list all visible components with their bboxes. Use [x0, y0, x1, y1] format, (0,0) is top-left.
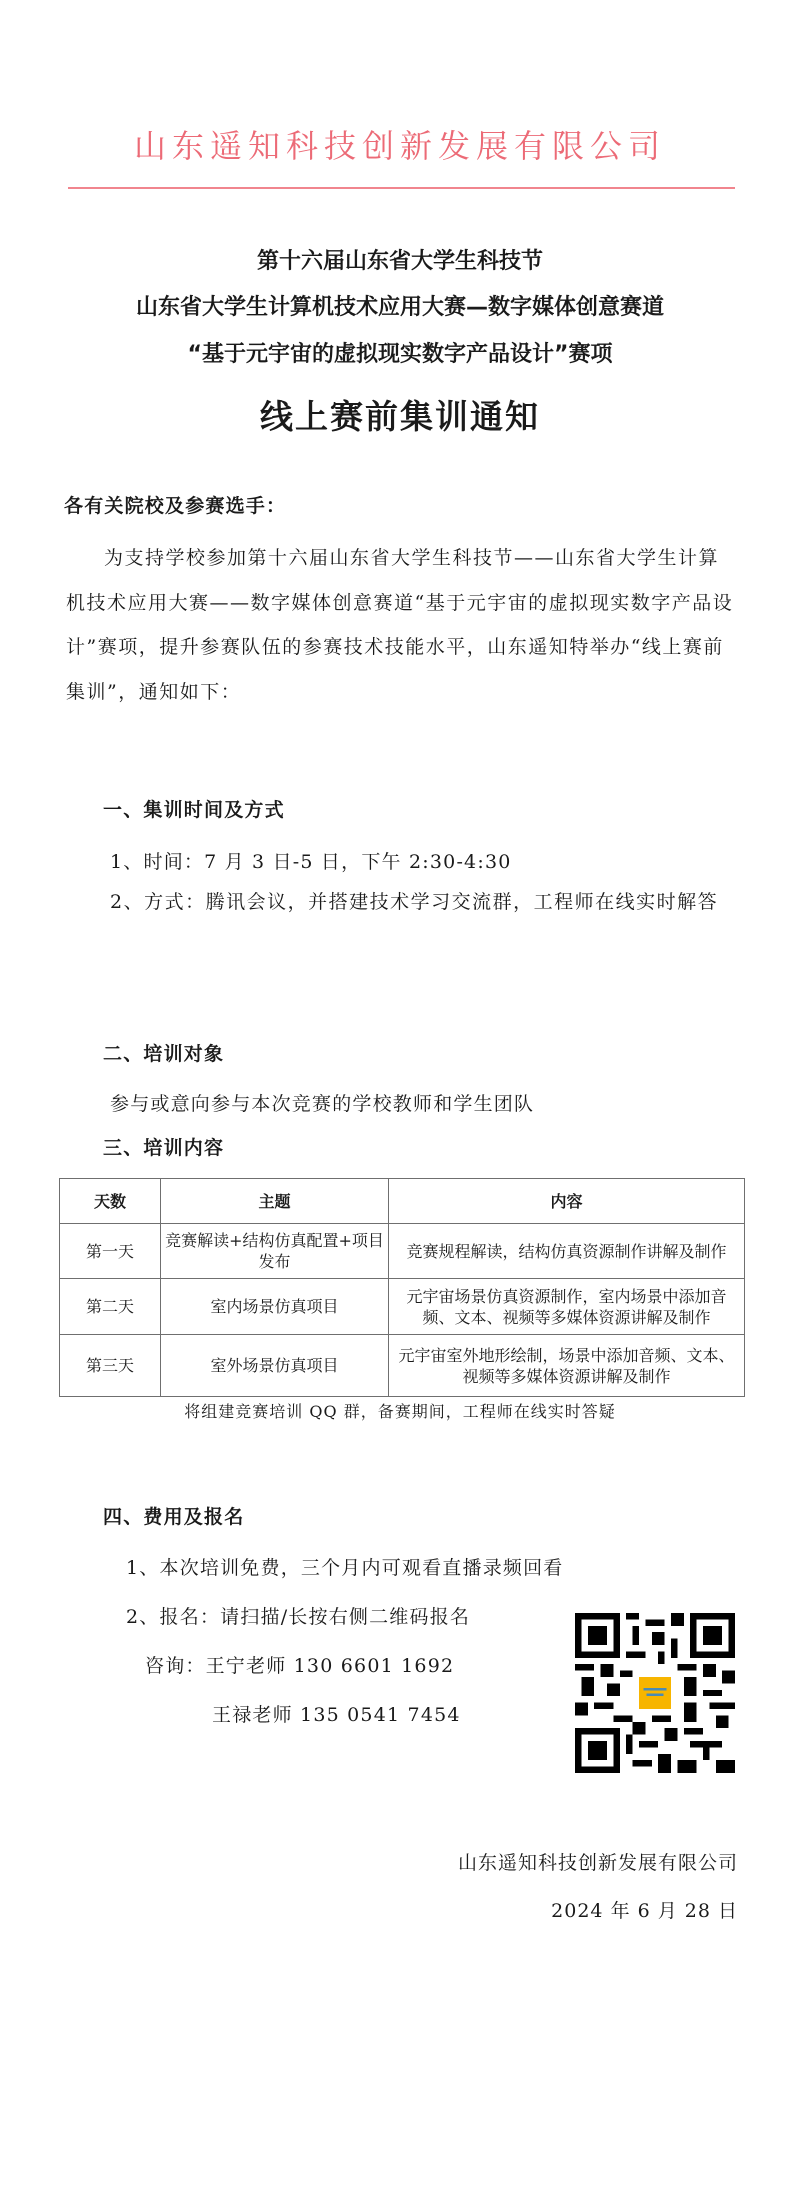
title-line-1: 第十六届山东省大学生科技节 — [0, 247, 800, 277]
training-schedule-table: 天数 主题 内容 第一天 竞赛解读+结构仿真配置+项目发布 竞赛规程解读，结构仿… — [59, 1178, 745, 1397]
cell-content: 元宇宙场景仿真资源制作，室内场景中添加音频、文本、视频等多媒体资源讲解及制作 — [389, 1279, 745, 1335]
company-letterhead: 山东遥知科技创新发展有限公司 — [0, 126, 800, 166]
cell-content: 竞赛规程解读，结构仿真资源制作讲解及制作 — [389, 1224, 745, 1279]
contact-2: 王禄老师 135 0541 7454 — [212, 1701, 461, 1729]
section-1-heading: 一、集训时间及方式 — [103, 796, 285, 824]
cell-day: 第一天 — [60, 1224, 161, 1279]
salutation: 各有关院校及参赛选手： — [64, 492, 286, 520]
registration-info: 2、报名：请扫描/长按右侧二维码报名 — [126, 1603, 470, 1631]
signature-company: 山东遥知科技创新发展有限公司 — [458, 1849, 738, 1877]
header-day: 天数 — [60, 1179, 161, 1224]
fee-info: 1、本次培训免费，三个月内可观看直播录频回看 — [126, 1554, 564, 1582]
table-row: 第二天 室内场景仿真项目 元宇宙场景仿真资源制作，室内场景中添加音频、文本、视频… — [60, 1279, 745, 1335]
training-time: 1、时间：7 月 3 日-5 日，下午 2:30-4:30 — [110, 848, 512, 876]
title-line-3: “基于元宇宙的虚拟现实数字产品设计”赛项 — [0, 340, 800, 370]
cell-topic: 竞赛解读+结构仿真配置+项目发布 — [161, 1224, 389, 1279]
training-method: 2、方式：腾讯会议，并搭建技术学习交流群，工程师在线实时解答 — [66, 878, 738, 926]
contact-1: 咨询：王宁老师 130 6601 1692 — [145, 1652, 454, 1680]
header-topic: 主题 — [161, 1179, 389, 1224]
section-3-heading: 三、培训内容 — [103, 1134, 224, 1162]
section-4-heading: 四、费用及报名 — [103, 1503, 244, 1531]
table-header-row: 天数 主题 内容 — [60, 1179, 745, 1224]
cell-topic: 室外场景仿真项目 — [161, 1335, 389, 1397]
table-row: 第三天 室外场景仿真项目 元宇宙室外地形绘制，场景中添加音频、文本、视频等多媒体… — [60, 1335, 745, 1397]
table-row: 第一天 竞赛解读+结构仿真配置+项目发布 竞赛规程解读，结构仿真资源制作讲解及制… — [60, 1224, 745, 1279]
intro-paragraph: 为支持学校参加第十六届山东省大学生科技节——山东省大学生计算机技术应用大赛——数… — [66, 536, 738, 714]
cell-day: 第三天 — [60, 1335, 161, 1397]
qr-code-icon[interactable] — [575, 1613, 735, 1773]
cell-day: 第二天 — [60, 1279, 161, 1335]
section-2-heading: 二、培训对象 — [103, 1040, 224, 1068]
letterhead-divider — [68, 187, 735, 189]
cell-content: 元宇宙室外地形绘制，场景中添加音频、文本、视频等多媒体资源讲解及制作 — [389, 1335, 745, 1397]
page-title: 线上赛前集训通知 — [0, 395, 800, 439]
training-audience: 参与或意向参与本次竞赛的学校教师和学生团队 — [110, 1090, 534, 1118]
table-note: 将组建竞赛培训 QQ 群，备赛期间，工程师在线实时答疑 — [0, 1400, 800, 1424]
title-line-2: 山东省大学生计算机技术应用大赛—数字媒体创意赛道 — [0, 293, 800, 323]
header-content: 内容 — [389, 1179, 745, 1224]
cell-topic: 室内场景仿真项目 — [161, 1279, 389, 1335]
signature-date: 2024 年 6 月 28 日 — [551, 1897, 738, 1925]
